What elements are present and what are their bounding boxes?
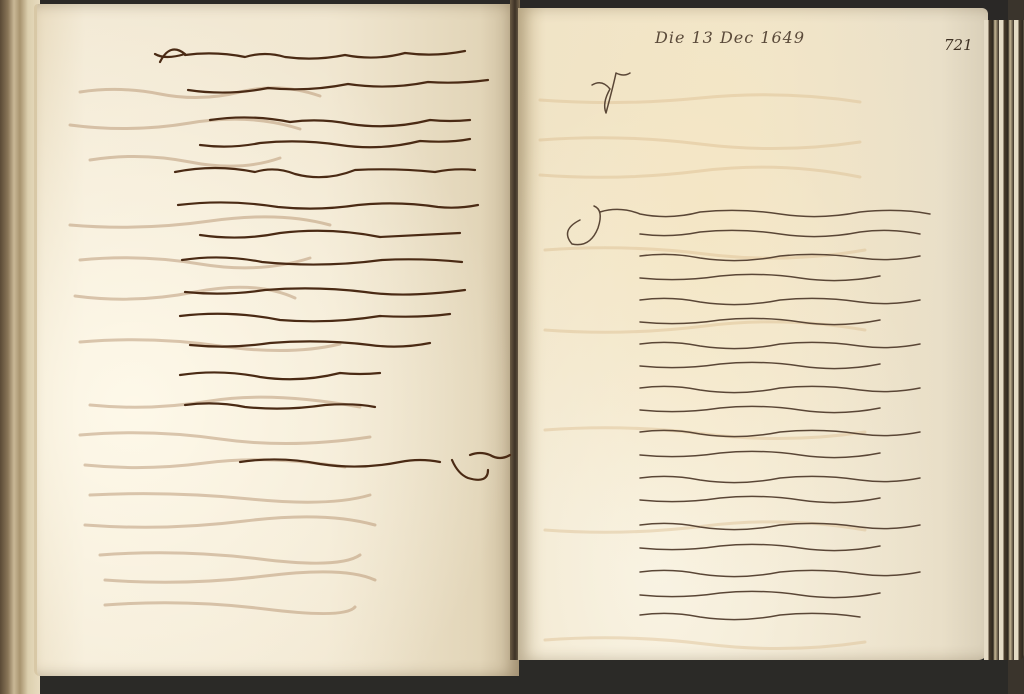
page-header-date: Die 13 Dec 1649	[655, 28, 805, 47]
right-page-handwriting	[0, 0, 1024, 694]
folio-number: 721	[944, 36, 973, 54]
